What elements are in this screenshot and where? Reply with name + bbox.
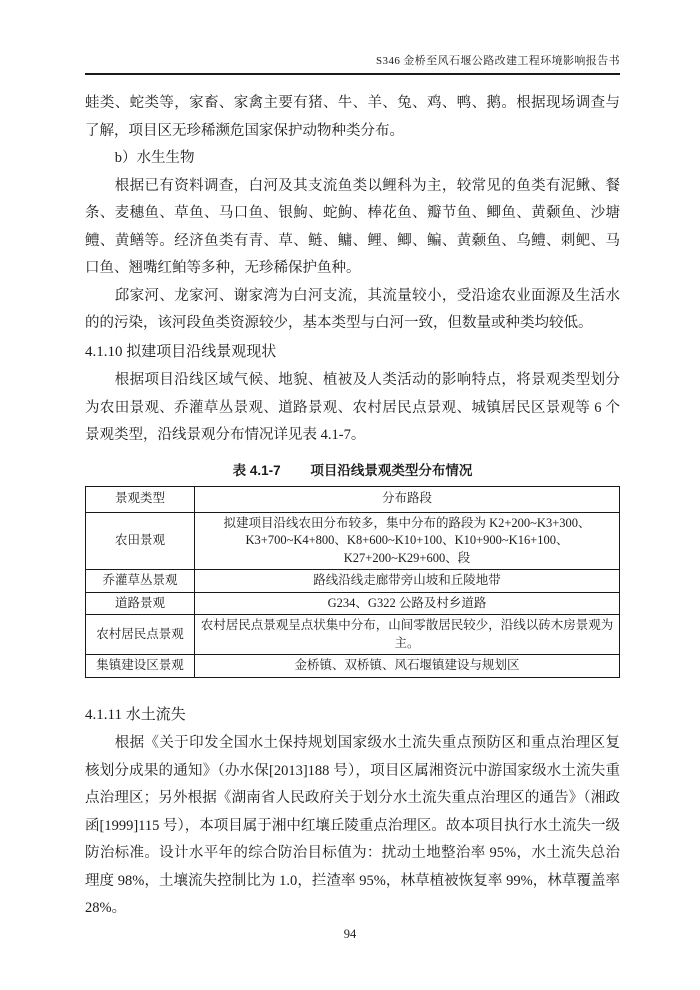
- table-caption-title: 项目沿线景观类型分布情况: [310, 463, 472, 478]
- section-heading-4-1-10: 4.1.10 拟建项目沿线景观现状: [85, 339, 620, 367]
- table-cell-distribution: 金桥镇、双桥镇、风石堰镇建设与规划区: [195, 655, 620, 678]
- paragraph-tributary-rivers: 邱家河、龙家河、谢家湾为白河支流，其流量较小，受沿途农业面源及生活水的的污染，该…: [85, 283, 620, 338]
- table-cell-distribution: 路线沿线走廊带旁山坡和丘陵地带: [195, 570, 620, 593]
- table-header-landscape-type: 景观类型: [86, 486, 195, 512]
- table-header-distribution-section: 分布路段: [195, 486, 620, 512]
- table-header-row: 景观类型 分布路段: [86, 486, 620, 512]
- section-heading-4-1-11: 4.1.11 水土流失: [85, 702, 620, 730]
- page-footer: 94: [0, 927, 700, 942]
- table-cell-type: 农田景观: [86, 512, 195, 570]
- table-row: 道路景观 G234、G322 公路及村乡道路: [86, 592, 620, 615]
- page-content: 蛙类、蛇类等，家畜、家禽主要有猪、牛、羊、兔、鸡、鸭、鹅。根据现场调查与了解，项…: [85, 90, 620, 923]
- table-row: 农村居民点景观 农村居民点景观呈点状集中分布，山间零散居民较少，沿线以砖木房景观…: [86, 615, 620, 655]
- paragraph-soil-erosion: 根据《关于印发全国水土保持规划国家级水土流失重点预防区和重点治理区复核划分成果的…: [85, 730, 620, 923]
- paragraph-landscape-types: 根据项目沿线区域气候、地貌、植被及人类活动的影响特点，将景观类型划分为农田景观、…: [85, 367, 620, 450]
- header-title: S346 金桥至风石堰公路改建工程环境影响报告书: [376, 55, 620, 67]
- landscape-distribution-table: 景观类型 分布路段 农田景观 拟建项目沿线农田分布较多，集中分布的路段为 K2+…: [85, 486, 620, 678]
- page-header: S346 金桥至风石堰公路改建工程环境影响报告书: [85, 52, 620, 75]
- paragraph-fish-species: 根据已有资料调查，白河及其支流鱼类以鲤科为主，较常见的鱼类有泥鳅、餐条、麦穗鱼、…: [85, 173, 620, 283]
- table-cell-type: 乔灌草丛景观: [86, 570, 195, 593]
- table-cell-distribution: 农村居民点景观呈点状集中分布，山间零散居民较少，沿线以砖木房景观为主。: [195, 615, 620, 655]
- paragraph-animals-continuation: 蛙类、蛇类等，家畜、家禽主要有猪、牛、羊、兔、鸡、鸭、鹅。根据现场调查与了解，项…: [85, 90, 620, 145]
- table-cell-distribution: G234、G322 公路及村乡道路: [195, 592, 620, 615]
- table-row: 集镇建设区景观 金桥镇、双桥镇、风石堰镇建设与规划区: [86, 655, 620, 678]
- page-number: 94: [344, 927, 357, 941]
- table-caption-label: 表 4.1-7: [233, 463, 281, 478]
- sub-heading-aquatic-life: b）水生生物: [85, 145, 620, 173]
- table-caption: 表 4.1-7项目沿线景观类型分布情况: [85, 459, 620, 479]
- table-row: 农田景观 拟建项目沿线农田分布较多，集中分布的路段为 K2+200~K3+300…: [86, 512, 620, 570]
- table-cell-type: 集镇建设区景观: [86, 655, 195, 678]
- table-cell-type: 道路景观: [86, 592, 195, 615]
- document-page: S346 金桥至风石堰公路改建工程环境影响报告书 蛙类、蛇类等，家畜、家禽主要有…: [0, 0, 700, 990]
- table-cell-distribution: 拟建项目沿线农田分布较多，集中分布的路段为 K2+200~K3+300、K3+7…: [195, 512, 620, 570]
- table-cell-type: 农村居民点景观: [86, 615, 195, 655]
- table-row: 乔灌草丛景观 路线沿线走廊带旁山坡和丘陵地带: [86, 570, 620, 593]
